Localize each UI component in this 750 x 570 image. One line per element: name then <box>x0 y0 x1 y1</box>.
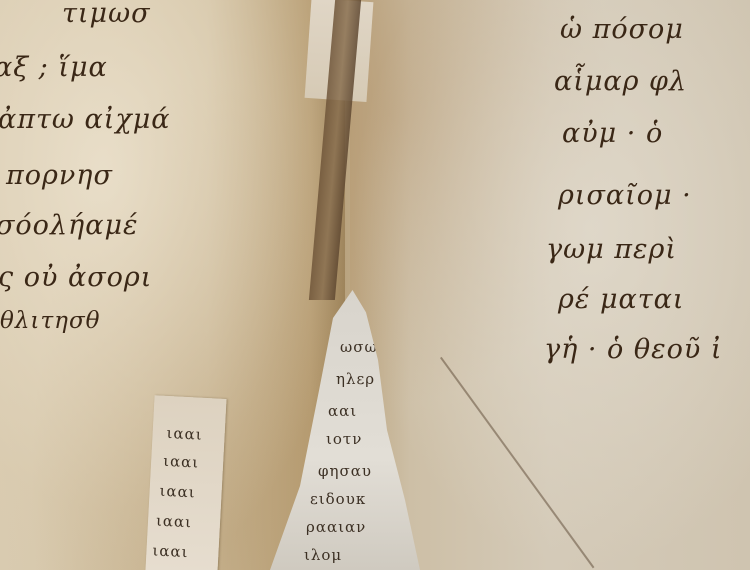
left-line-2: αξ ; ἵμα <box>0 52 108 83</box>
left-line-1: τιμωσ <box>62 0 151 29</box>
right-line-1: ὡ πόσομ <box>560 14 684 45</box>
manuscript-photo: τιμωσ αξ ; ἵμα ἀπτω αἰχμά πορνησ σόολήαμ… <box>0 0 750 570</box>
right-line-4: ρισαῖομ · <box>558 180 692 211</box>
strip-line-5: ιααι <box>152 541 189 561</box>
fragment-line-6: ειδουκ <box>310 490 366 508</box>
strip-line-1: ιααι <box>166 424 203 444</box>
fragment-line-2: ηλερ <box>336 370 375 388</box>
repair-strip: ιααι ιααι ιααι ιααι ιααι <box>145 395 226 570</box>
strip-line-2: ιααι <box>163 452 200 472</box>
right-line-6: ρέ μαται <box>558 284 684 315</box>
fragment-line-7: ρααιαν <box>306 518 366 536</box>
fragment-line-4: ιοτν <box>326 430 362 448</box>
fragment-line-5: φησαυ <box>318 462 372 480</box>
right-line-2: αἷμαρ φλ <box>554 66 687 97</box>
right-folio <box>350 0 750 570</box>
right-line-5: γωμ περὶ <box>546 234 677 265</box>
strip-line-4: ιααι <box>156 511 193 531</box>
left-line-7: θλιτησθ <box>0 308 101 334</box>
left-line-4: πορνησ <box>6 160 113 191</box>
left-line-6: ς οὐ ἀσορι <box>0 262 152 293</box>
right-line-3: αὐμ · ὁ <box>562 118 663 149</box>
fragment-line-1: ωσω <box>340 338 378 356</box>
fragment-line-3: ααι <box>328 402 357 420</box>
fragment-line-8: ιλομ <box>304 546 342 564</box>
strip-line-3: ιααι <box>159 482 196 502</box>
left-line-5: σόολήαμέ <box>0 210 139 241</box>
left-line-3: ἀπτω αἰχμά <box>0 104 170 135</box>
right-line-7: γἡ · ὁ θεοῦ ἰ <box>544 334 722 365</box>
